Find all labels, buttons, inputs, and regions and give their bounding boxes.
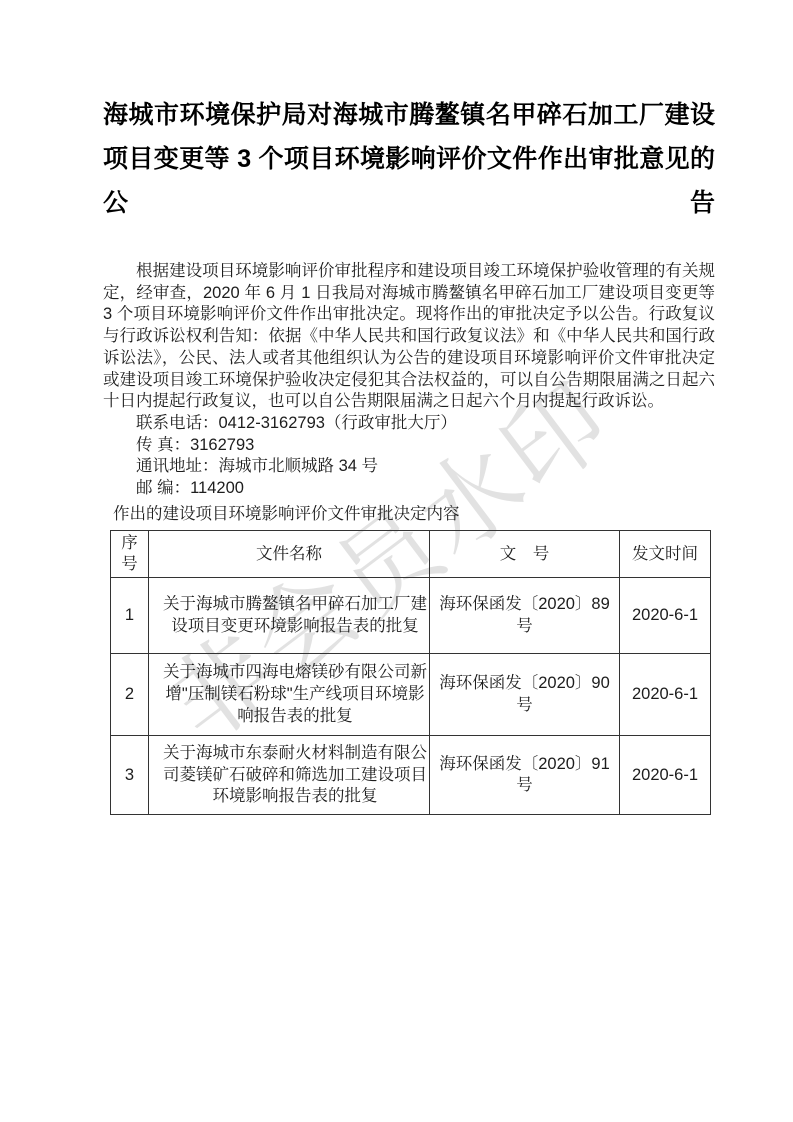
cell-doc-number: 海环保函发〔2020〕91号 <box>430 736 620 815</box>
document-page: 非会员水印 海城市环境保护局对海城市腾鳌镇名甲碎石加工厂建设项目变更等 3 个项… <box>0 0 793 1122</box>
table-caption: 作出的建设项目环境影响评价文件审批决定内容 <box>113 504 715 526</box>
cell-issue-date: 2020-6-1 <box>620 578 711 654</box>
cell-issue-date: 2020-6-1 <box>620 654 711 736</box>
cell-doc-number: 海环保函发〔2020〕89号 <box>430 578 620 654</box>
table-header-row: 序号 文件名称 文 号 发文时间 <box>111 531 711 578</box>
table-row: 1 关于海城市腾鳌镇名甲碎石加工厂建设项目变更环境影响报告表的批复 海环保函发〔… <box>111 578 711 654</box>
cell-doc-number: 海环保函发〔2020〕90号 <box>430 654 620 736</box>
cell-file-name: 关于海城市东泰耐火材料制造有限公司菱镁矿石破碎和筛选加工建设项目环境影响报告表的… <box>149 736 430 815</box>
cell-serial-no: 1 <box>111 578 149 654</box>
table-row: 3 关于海城市东泰耐火材料制造有限公司菱镁矿石破碎和筛选加工建设项目环境影响报告… <box>111 736 711 815</box>
cell-serial-no: 3 <box>111 736 149 815</box>
col-header-file-name: 文件名称 <box>149 531 430 578</box>
contact-address: 通讯地址：海城市北顺城路 34 号 <box>103 456 715 478</box>
contact-phone: 联系电话：0412-3162793（行政审批大厅） <box>103 413 715 435</box>
cell-file-name: 关于海城市四海电熔镁砂有限公司新增"压制镁石粉球"生产线项目环境影响报告表的批复 <box>149 654 430 736</box>
col-header-doc-number: 文 号 <box>430 531 620 578</box>
table-row: 2 关于海城市四海电熔镁砂有限公司新增"压制镁石粉球"生产线项目环境影响报告表的… <box>111 654 711 736</box>
page-title: 海城市环境保护局对海城市腾鳌镇名甲碎石加工厂建设项目变更等 3 个项目环境影响评… <box>103 93 715 225</box>
approval-decisions-table: 序号 文件名称 文 号 发文时间 1 关于海城市腾鳌镇名甲碎石加工厂建设项目变更… <box>110 530 711 815</box>
body-paragraph: 根据建设项目环境影响评价审批程序和建设项目竣工环境保护验收管理的有关规定，经审查… <box>103 261 715 413</box>
contact-fax: 传 真：3162793 <box>103 435 715 457</box>
contact-block: 联系电话：0412-3162793（行政审批大厅） 传 真：3162793 通讯… <box>103 413 715 500</box>
document-content: 海城市环境保护局对海城市腾鳌镇名甲碎石加工厂建设项目变更等 3 个项目环境影响评… <box>0 0 793 815</box>
col-header-issue-date: 发文时间 <box>620 531 711 578</box>
cell-file-name: 关于海城市腾鳌镇名甲碎石加工厂建设项目变更环境影响报告表的批复 <box>149 578 430 654</box>
cell-issue-date: 2020-6-1 <box>620 736 711 815</box>
col-header-serial-no: 序号 <box>111 531 149 578</box>
contact-postcode: 邮 编：114200 <box>103 478 715 500</box>
cell-serial-no: 2 <box>111 654 149 736</box>
